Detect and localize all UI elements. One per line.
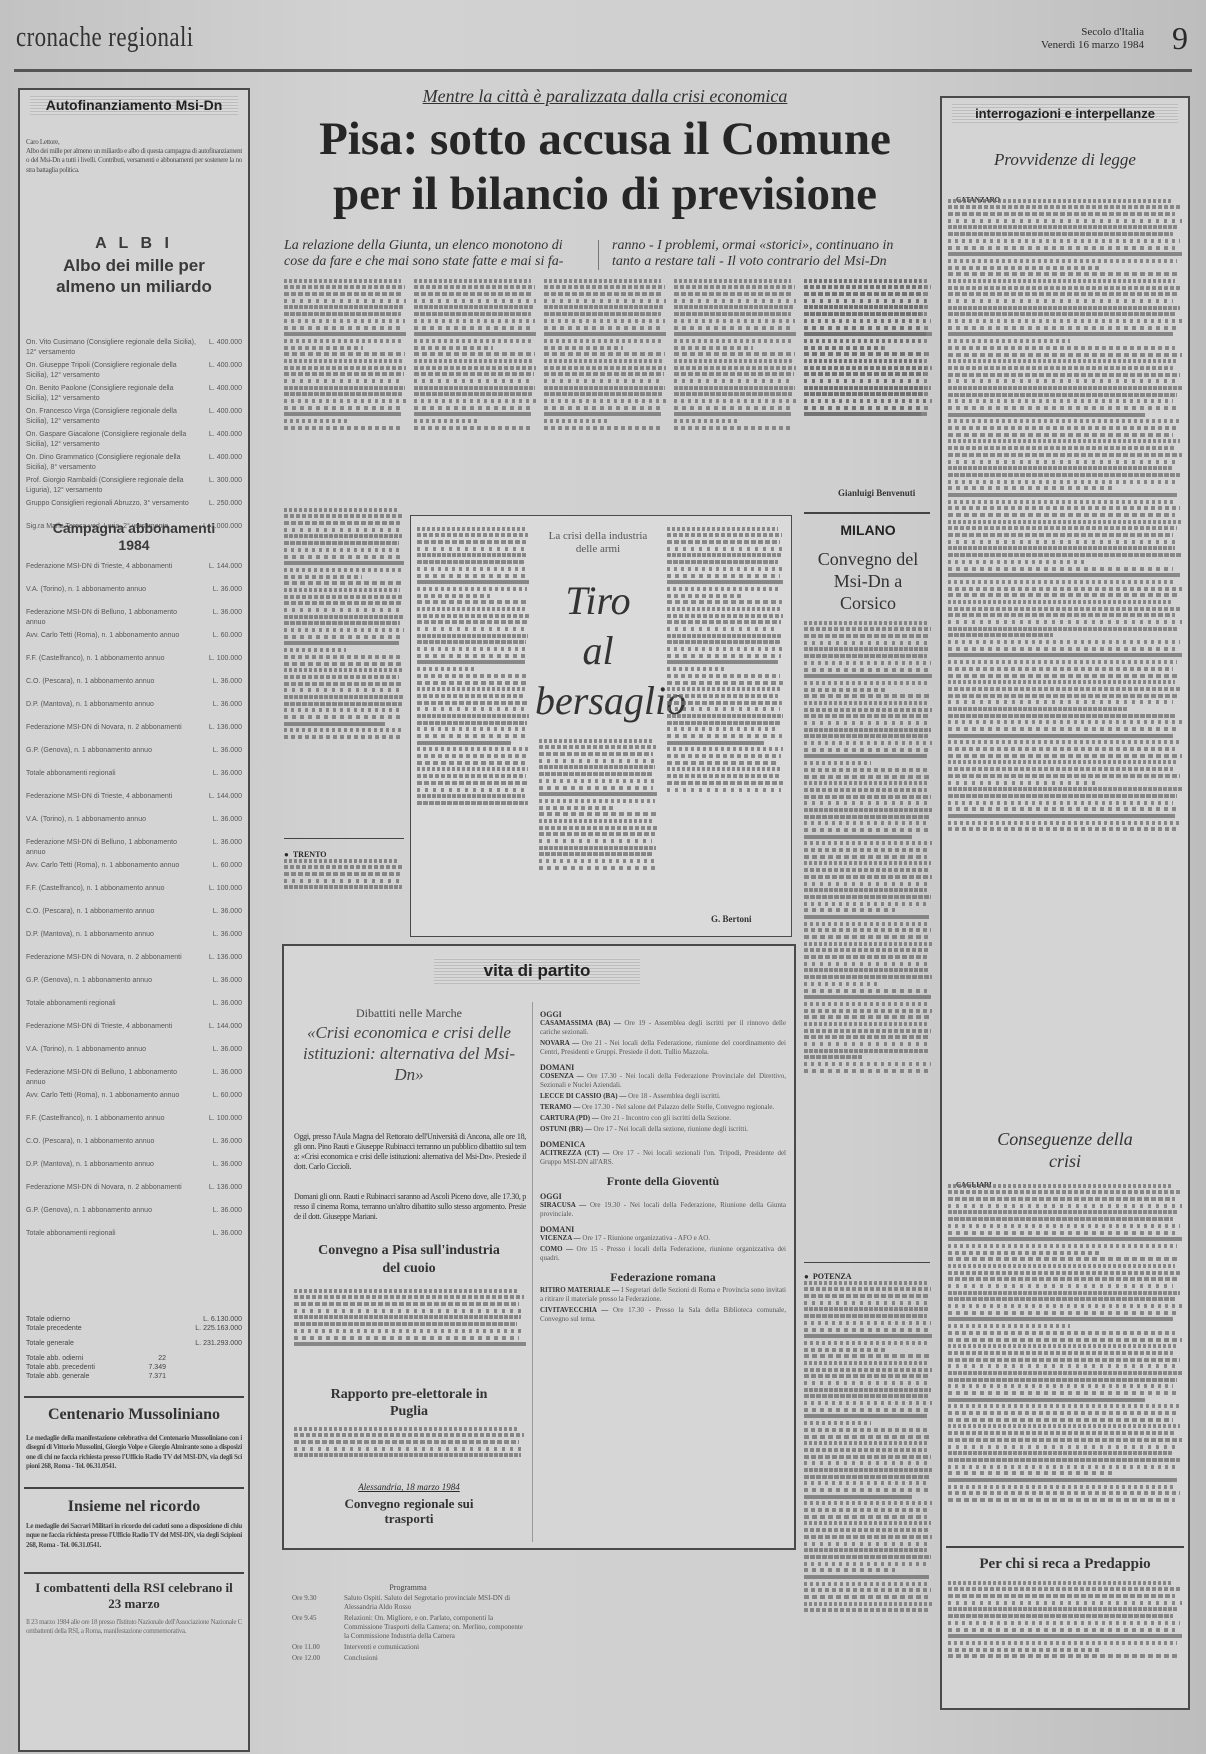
list-item: D.P. (Mantova), n. 1 abbonamento annuoL.… bbox=[26, 1160, 242, 1179]
text-line bbox=[804, 379, 927, 383]
text-line bbox=[674, 339, 794, 343]
text-line bbox=[667, 634, 782, 638]
text-line bbox=[804, 895, 931, 899]
text-line bbox=[667, 527, 778, 531]
text-line bbox=[544, 299, 666, 303]
text-line bbox=[284, 379, 401, 383]
schedule-row: Ore 12.00Conclusioni bbox=[292, 1654, 524, 1663]
rsi-body: Il 23 marzo 1984 alle ore 18 presso l'Is… bbox=[26, 1618, 242, 1654]
text-line bbox=[804, 922, 927, 926]
text-line bbox=[948, 339, 1070, 343]
text-line bbox=[948, 827, 1177, 831]
text-line bbox=[417, 627, 525, 631]
autofinanziamento-banner: Autofinanziamento Msi-Dn bbox=[30, 96, 238, 115]
text-line bbox=[804, 1508, 929, 1512]
text-line bbox=[804, 835, 912, 839]
text-line bbox=[948, 740, 1180, 744]
text-line bbox=[804, 795, 931, 799]
text-line bbox=[948, 299, 1173, 303]
text-line bbox=[284, 575, 362, 579]
left-column-box: Autofinanziamento Msi-Dn Caro Lettore, A… bbox=[18, 88, 250, 1752]
campagna-list: Federazione MSI-DN di Trieste, 4 abbonam… bbox=[26, 562, 242, 1312]
text-line bbox=[284, 312, 401, 316]
text-line bbox=[948, 546, 1175, 550]
text-line bbox=[544, 419, 607, 423]
text-line bbox=[948, 386, 1182, 390]
albi-title: Albo dei mille per almeno un miliardo bbox=[40, 255, 228, 297]
text-line bbox=[948, 1364, 1175, 1368]
list-item: Avv. Carlo Tetti (Roma), n. 1 abbonament… bbox=[26, 1091, 242, 1110]
text-line bbox=[948, 312, 1175, 316]
text-line bbox=[284, 872, 400, 876]
text-line bbox=[948, 353, 1182, 357]
text-line bbox=[284, 279, 401, 283]
event-item: TERAMO — Ore 17.30 - Nel salone del Pala… bbox=[540, 1103, 786, 1112]
text-line bbox=[948, 1404, 1182, 1408]
text-line bbox=[284, 426, 402, 430]
text-line bbox=[539, 839, 652, 843]
text-line bbox=[948, 714, 1175, 718]
text-line bbox=[674, 292, 792, 296]
text-line bbox=[294, 1427, 517, 1431]
text-line bbox=[948, 707, 1128, 711]
text-line bbox=[804, 1388, 931, 1392]
list-item: Totale abbonamenti regionaliL. 36.000 bbox=[26, 999, 242, 1018]
text-line bbox=[804, 641, 932, 645]
text-line bbox=[284, 346, 363, 350]
text-line bbox=[948, 747, 1175, 751]
text-line bbox=[284, 292, 402, 296]
text-line bbox=[414, 419, 477, 423]
text-line bbox=[948, 1498, 1175, 1502]
text-line bbox=[804, 855, 927, 859]
text-line bbox=[804, 1321, 931, 1325]
list-item: D.P. (Mantova), n. 1 abbonamento annuoL.… bbox=[26, 930, 242, 949]
text-line bbox=[804, 1035, 928, 1039]
text-line bbox=[414, 359, 532, 363]
main-headline: Pisa: sotto accusa il Comune per il bila… bbox=[280, 112, 930, 222]
text-line bbox=[948, 1344, 1177, 1348]
text-line bbox=[948, 1451, 1173, 1455]
text-line bbox=[948, 1257, 1180, 1261]
text-line bbox=[948, 720, 1182, 724]
text-line bbox=[284, 359, 402, 363]
text-line bbox=[948, 480, 1175, 484]
text-line bbox=[539, 819, 653, 823]
text-line bbox=[948, 1491, 1180, 1495]
text-line bbox=[674, 419, 737, 423]
text-line bbox=[674, 392, 792, 396]
autofinanziamento-greeting: Caro Lettore, bbox=[26, 138, 242, 147]
text-line bbox=[948, 199, 1173, 203]
text-line bbox=[284, 386, 405, 390]
text-line bbox=[539, 846, 656, 850]
list-item: V.A. (Torino), n. 1 abbonamento annuoL. … bbox=[26, 585, 242, 604]
text-line bbox=[948, 1431, 1175, 1435]
text-line bbox=[544, 366, 666, 370]
list-item: F.F. (Castelfranco), n. 1 abbonamento an… bbox=[26, 654, 242, 673]
text-line bbox=[667, 647, 783, 651]
text-line bbox=[804, 346, 887, 350]
text-line bbox=[804, 721, 927, 725]
text-line bbox=[948, 567, 1173, 571]
text-line bbox=[804, 1281, 927, 1285]
event-item: VICENZA — Ore 17 - Riunione organizzativ… bbox=[540, 1234, 786, 1243]
list-item: F.F. (Castelfranco), n. 1 abbonamento an… bbox=[26, 1114, 242, 1133]
text-line bbox=[417, 580, 529, 584]
marche-para-1: Oggi, presso l'Aula Magna del Rettorato … bbox=[294, 1132, 526, 1190]
text-line bbox=[284, 635, 402, 639]
section-label: OGGI bbox=[540, 1192, 786, 1201]
text-line bbox=[539, 852, 653, 856]
vita-di-partito-box: vita di partito Dibattiti nelle Marche «… bbox=[282, 944, 796, 1550]
text-line bbox=[294, 1329, 524, 1333]
text-line bbox=[948, 767, 1173, 771]
text-line bbox=[804, 1314, 927, 1318]
text-line bbox=[544, 379, 661, 383]
text-line bbox=[948, 1251, 1100, 1255]
text-line bbox=[804, 968, 928, 972]
page-number: 9 bbox=[1172, 20, 1188, 57]
deck-right: ranno - I problemi, ormai «storici», con… bbox=[612, 238, 924, 270]
text-line bbox=[804, 1042, 932, 1046]
text-line bbox=[948, 1601, 1182, 1605]
text-line bbox=[804, 728, 931, 732]
text-line bbox=[804, 1575, 929, 1579]
divider bbox=[24, 1487, 244, 1489]
text-line bbox=[667, 767, 782, 771]
text-line bbox=[417, 654, 527, 658]
text-line bbox=[417, 741, 511, 745]
text-line bbox=[948, 1277, 1177, 1281]
text-line bbox=[539, 765, 655, 769]
list-item: Federazione MSI-DN di Trieste, 4 abbonam… bbox=[26, 562, 242, 581]
text-line bbox=[674, 386, 795, 390]
text-line bbox=[804, 1348, 887, 1352]
text-line bbox=[539, 859, 657, 863]
text-line bbox=[804, 1582, 927, 1586]
program-schedule: Ore 9.30Saluto Ospiti. Saluto del Segret… bbox=[292, 1594, 524, 1663]
text-line bbox=[284, 655, 400, 659]
text-line bbox=[284, 865, 403, 869]
text-line bbox=[804, 1441, 929, 1445]
convegno-pisa-body bbox=[294, 1286, 526, 1374]
text-line bbox=[667, 714, 783, 718]
text-line bbox=[417, 560, 525, 564]
event-item: NOVARA — Ore 21 - Nei locali della Feder… bbox=[540, 1039, 786, 1057]
text-line bbox=[667, 788, 781, 792]
text-line bbox=[674, 406, 794, 410]
text-line bbox=[284, 555, 400, 559]
text-line bbox=[948, 252, 1182, 256]
list-item: Federazione MSI-DN di Belluno, 1 abbonam… bbox=[26, 608, 242, 627]
text-line bbox=[417, 587, 527, 591]
text-line bbox=[804, 668, 928, 672]
text-line bbox=[948, 225, 1177, 229]
text-line bbox=[948, 393, 1177, 397]
text-line bbox=[804, 982, 878, 986]
newspaper-page: cronache regionali Secolo d'Italia Vener… bbox=[0, 0, 1206, 1754]
text-line bbox=[948, 613, 1175, 617]
text-line bbox=[948, 1271, 1182, 1275]
event-item: COMO — Ore 15 - Presso i locali della Fe… bbox=[540, 1245, 786, 1263]
text-line bbox=[417, 600, 528, 604]
text-line bbox=[284, 366, 406, 370]
text-line bbox=[667, 600, 782, 604]
text-line bbox=[948, 573, 1180, 577]
text-line bbox=[948, 1284, 1173, 1288]
text-line bbox=[667, 533, 782, 537]
list-item: On. Benito Paolone (Consigliere regional… bbox=[26, 384, 242, 403]
text-line bbox=[674, 359, 792, 363]
text-line bbox=[667, 660, 778, 664]
divider bbox=[804, 512, 930, 514]
text-line bbox=[948, 219, 1182, 223]
text-line bbox=[804, 902, 928, 906]
text-line bbox=[414, 406, 534, 410]
text-line bbox=[804, 1287, 931, 1291]
text-line bbox=[539, 812, 656, 816]
list-item: Federazione MSI-DN di Novara, n. 2 abbon… bbox=[26, 953, 242, 972]
text-line bbox=[948, 460, 1177, 464]
text-line bbox=[667, 687, 781, 691]
text-line bbox=[414, 352, 535, 356]
text-line bbox=[804, 1542, 929, 1546]
text-line bbox=[948, 286, 1182, 290]
text-line bbox=[804, 1328, 928, 1332]
list-item: Federazione MSI-DN di Trieste, 4 abbonam… bbox=[26, 1022, 242, 1041]
text-line bbox=[948, 1371, 1182, 1375]
text-line bbox=[544, 332, 666, 336]
text-line bbox=[804, 741, 932, 745]
text-line bbox=[804, 1588, 931, 1592]
list-item: F.F. (Castelfranco), n. 1 abbonamento an… bbox=[26, 884, 242, 903]
text-line bbox=[804, 775, 932, 779]
text-line bbox=[804, 1029, 931, 1033]
tiro-headline: Tiro al bersaglio bbox=[535, 576, 661, 726]
campagna-title: Campagna abbonamenti 1984 bbox=[50, 520, 218, 554]
text-line bbox=[674, 332, 796, 336]
total-today-label: Totale odierno bbox=[26, 1315, 70, 1324]
text-line bbox=[804, 1361, 928, 1365]
text-line bbox=[544, 386, 665, 390]
text-line bbox=[948, 439, 1180, 443]
text-line bbox=[948, 513, 1175, 517]
total-previous-label: Totale precedente bbox=[26, 1324, 82, 1333]
text-line bbox=[948, 1594, 1175, 1598]
text-line bbox=[544, 312, 661, 316]
text-line bbox=[804, 1341, 929, 1345]
divider bbox=[24, 1572, 244, 1574]
text-line bbox=[948, 1351, 1173, 1355]
text-line bbox=[804, 1562, 928, 1566]
text-line bbox=[804, 1374, 929, 1378]
text-line bbox=[284, 332, 406, 336]
text-line bbox=[804, 339, 929, 343]
text-line bbox=[284, 326, 402, 330]
list-item: On. Dino Grammatico (Consigliere regiona… bbox=[26, 453, 242, 472]
text-line bbox=[284, 702, 402, 706]
interrogazioni-banner: interrogazioni e interpellanze bbox=[952, 104, 1178, 123]
abb-today-label: Totale abb. odierni bbox=[26, 1354, 83, 1363]
text-line bbox=[414, 426, 532, 430]
headline-line-1: Pisa: sotto accusa il Comune bbox=[280, 112, 930, 167]
article-column bbox=[544, 276, 666, 500]
text-line bbox=[294, 1453, 521, 1457]
tiro-word-1: Tiro bbox=[535, 576, 661, 626]
text-line bbox=[804, 748, 929, 752]
text-line bbox=[804, 888, 927, 892]
text-line bbox=[948, 1210, 1177, 1214]
section-title: cronache regionali bbox=[16, 22, 194, 54]
text-line bbox=[948, 466, 1173, 470]
text-line bbox=[417, 721, 527, 725]
text-line bbox=[294, 1309, 526, 1313]
text-line bbox=[948, 627, 1177, 631]
list-item: Federazione MSI-DN di Novara, n. 2 abbon… bbox=[26, 723, 242, 742]
albi-list: On. Vito Cusimano (Consigliere regionale… bbox=[26, 338, 242, 545]
text-line bbox=[804, 392, 928, 396]
text-line bbox=[948, 1628, 1175, 1632]
text-line bbox=[948, 1587, 1180, 1591]
text-line bbox=[948, 620, 1182, 624]
text-line bbox=[948, 1384, 1173, 1388]
text-line bbox=[948, 453, 1182, 457]
text-line bbox=[674, 285, 795, 289]
text-line bbox=[804, 848, 929, 852]
text-line bbox=[414, 346, 493, 350]
text-line bbox=[667, 667, 727, 671]
tiro-column-1 bbox=[417, 524, 529, 924]
text-line bbox=[948, 667, 1173, 671]
text-line bbox=[284, 735, 402, 739]
text-line bbox=[667, 727, 778, 731]
text-line bbox=[544, 392, 662, 396]
text-line bbox=[667, 747, 783, 751]
text-line bbox=[804, 661, 931, 665]
program-label: Programma bbox=[292, 1583, 524, 1592]
text-line bbox=[674, 326, 792, 330]
text-line bbox=[948, 1391, 1180, 1395]
text-line bbox=[948, 1331, 1175, 1335]
text-line bbox=[804, 1015, 929, 1019]
text-line bbox=[948, 1614, 1173, 1618]
text-line bbox=[948, 1607, 1177, 1611]
text-line bbox=[417, 667, 475, 671]
right-column-box: interrogazioni e interpellanze Provviden… bbox=[940, 96, 1190, 1710]
text-line bbox=[414, 299, 536, 303]
text-line bbox=[948, 660, 1177, 664]
text-line bbox=[804, 955, 927, 959]
list-item: On. Gaspare Giacalone (Consigliere regio… bbox=[26, 430, 242, 449]
text-line bbox=[667, 574, 780, 578]
text-line bbox=[284, 352, 405, 356]
text-line bbox=[414, 326, 532, 330]
headline-line-2: per il bilancio di previsione bbox=[280, 167, 930, 222]
deck-divider bbox=[598, 240, 599, 270]
text-line bbox=[284, 668, 402, 672]
list-item: Avv. Carlo Tetti (Roma), n. 1 abbonament… bbox=[26, 631, 242, 650]
text-line bbox=[804, 299, 932, 303]
text-line bbox=[948, 1581, 1173, 1585]
text-line bbox=[544, 326, 662, 330]
text-line bbox=[948, 787, 1182, 791]
text-line bbox=[544, 305, 664, 309]
tiro-box: La crisi della industria delle armi Tiro… bbox=[410, 515, 792, 937]
text-line bbox=[948, 593, 1177, 597]
text-line bbox=[667, 721, 781, 725]
text-line bbox=[948, 1634, 1182, 1638]
provvidenze-headline: Provvidenze di legge bbox=[982, 150, 1148, 170]
provvidenze-body bbox=[948, 196, 1182, 1098]
text-line bbox=[804, 399, 932, 403]
text-line bbox=[948, 486, 1114, 490]
list-item: C.O. (Pescara), n. 1 abbonamento annuoL.… bbox=[26, 677, 242, 696]
text-line bbox=[804, 935, 928, 939]
text-line bbox=[804, 761, 871, 765]
text-line bbox=[948, 306, 1180, 310]
text-line bbox=[544, 406, 664, 410]
event-item: SIRACUSA — Ore 19.30 - Nei locali della … bbox=[540, 1201, 786, 1219]
text-line bbox=[674, 426, 792, 430]
text-line bbox=[948, 727, 1177, 731]
text-line bbox=[667, 567, 782, 571]
text-line bbox=[804, 285, 931, 289]
event-item: COSENZA — Ore 17.30 - Nei locali della F… bbox=[540, 1072, 786, 1090]
text-line bbox=[948, 781, 1098, 785]
text-line bbox=[948, 493, 1177, 497]
text-line bbox=[804, 1408, 929, 1412]
text-line bbox=[284, 615, 403, 619]
text-line bbox=[804, 372, 929, 376]
abb-general: 7.371 bbox=[148, 1372, 166, 1381]
list-item: G.P. (Genova), n. 1 abbonamento annuoL. … bbox=[26, 1206, 242, 1225]
text-line bbox=[948, 694, 1177, 698]
text-line bbox=[414, 392, 532, 396]
text-line bbox=[948, 279, 1175, 283]
text-line bbox=[948, 734, 1173, 738]
text-line bbox=[948, 653, 1182, 657]
text-line bbox=[539, 786, 653, 790]
text-line bbox=[804, 828, 931, 832]
text-line bbox=[804, 875, 932, 879]
text-line bbox=[294, 1336, 519, 1340]
list-item: C.O. (Pescara), n. 1 abbonamento annuoL.… bbox=[26, 907, 242, 926]
text-line bbox=[948, 687, 1182, 691]
text-line bbox=[284, 662, 404, 666]
total-general-label: Totale generale bbox=[26, 1339, 74, 1348]
event-item: CASAMASSIMA (BA) — Ore 19 - Assemblea de… bbox=[540, 1019, 786, 1037]
marche-headline: «Crisi economica e crisi delle istituzio… bbox=[298, 1022, 520, 1085]
text-line bbox=[417, 761, 525, 765]
text-line bbox=[804, 406, 929, 410]
text-line bbox=[284, 885, 402, 889]
event-item: LECCE DI CASSIO (BA) — Ore 18 - Assemble… bbox=[540, 1092, 786, 1101]
text-line bbox=[284, 595, 404, 599]
text-line bbox=[804, 312, 927, 316]
text-line bbox=[417, 681, 529, 685]
text-line bbox=[948, 680, 1175, 684]
list-item: Prof. Giorgio Rambaldi (Consigliere regi… bbox=[26, 476, 242, 495]
text-line bbox=[284, 508, 399, 512]
text-line bbox=[804, 1002, 928, 1006]
main-article-continued bbox=[284, 505, 404, 835]
text-line bbox=[804, 1555, 931, 1559]
article-column bbox=[674, 276, 796, 500]
column-divider bbox=[532, 1002, 533, 1542]
text-line bbox=[948, 246, 1175, 250]
text-line bbox=[539, 752, 653, 756]
